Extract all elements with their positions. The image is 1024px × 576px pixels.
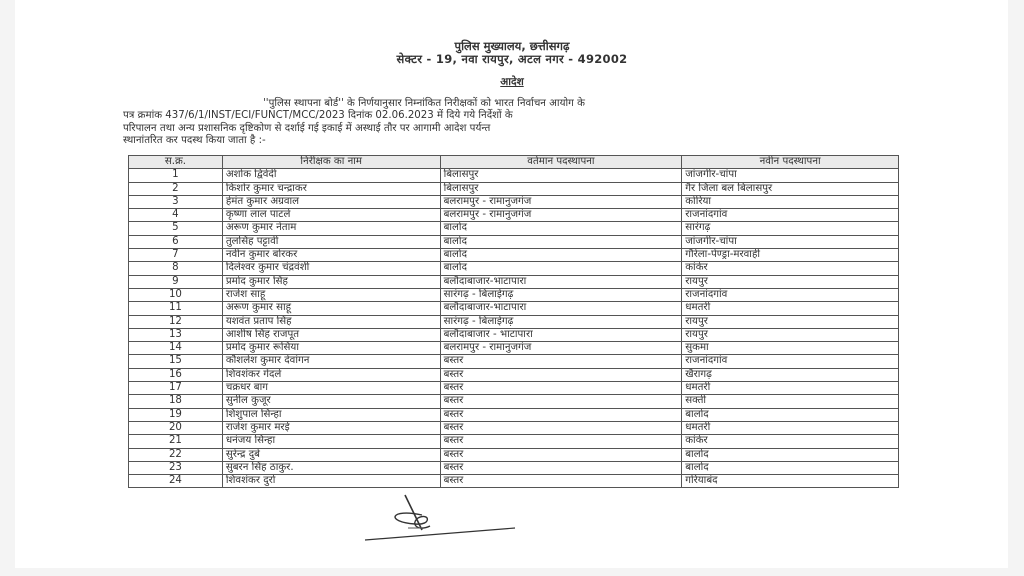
inspector-name-cell: दिलेश्वर कुमार चंद्रवंशी — [222, 262, 440, 275]
current-posting-cell: बस्तर — [440, 355, 682, 368]
new-posting-cell: सक्ती — [682, 395, 899, 408]
new-posting-cell: कांकेर — [682, 262, 899, 275]
current-posting-cell: बस्तर — [440, 408, 682, 421]
new-posting-cell: गरियाबंद — [682, 475, 899, 488]
inspector-name-cell: राजेश कुमार मरई — [222, 421, 440, 434]
table-row: 9प्रमोद कुमार सिंहबलौदाबाजार-भाटापाराराय… — [129, 275, 899, 288]
body-line-3: परिपालन तथा अन्य प्रशासनिक दृष्टिकोण से … — [123, 123, 899, 135]
inspector-name-cell: अरूण कुमार साहू — [222, 302, 440, 315]
table-row: 22सुरेन्द्र दुबेबस्तरबालोद — [129, 448, 899, 461]
new-posting-cell: रायपुर — [682, 315, 899, 328]
signature-icon — [360, 490, 520, 550]
table-row: 1अशोक द्विवेदीबिलासपुरजांजगीर-चांपा — [129, 169, 899, 182]
new-posting-cell: कोरिया — [682, 195, 899, 208]
new-posting-cell: धमतरी — [682, 421, 899, 434]
serial-cell: 23 — [129, 461, 223, 474]
table-row: 20राजेश कुमार मरईबस्तरधमतरी — [129, 421, 899, 434]
current-posting-cell: बस्तर — [440, 421, 682, 434]
new-posting-cell: राजनांदगांव — [682, 288, 899, 301]
serial-cell: 16 — [129, 368, 223, 381]
col-serial: स.क्र. — [129, 156, 223, 169]
table-row: 16शिवशंकर गेंदलेबस्तरखैरागढ़ — [129, 368, 899, 381]
current-posting-cell: बस्तर — [440, 448, 682, 461]
table-row: 12यशवंत प्रताप सिंहसारंगढ़ - बिलाईगढ़राय… — [129, 315, 899, 328]
inspector-name-cell: धनंजय सिन्हा — [222, 435, 440, 448]
table-row: 24शिवशंकर दुर्राबस्तरगरियाबंद — [129, 475, 899, 488]
table-header-row: स.क्र. निरीक्षक का नाम वर्तमान पदस्थापना… — [129, 156, 899, 169]
inspector-name-cell: शिशुपाल सिन्हा — [222, 408, 440, 421]
serial-cell: 11 — [129, 302, 223, 315]
new-posting-cell: जांजगीर-चांपा — [682, 169, 899, 182]
inspector-name-cell: कौशलेश कुमार देवांगन — [222, 355, 440, 368]
table-row: 2किशोर कुमार चन्द्राकरबिलासपुरगैर जिला ब… — [129, 182, 899, 195]
table-row: 3हेमंत कुमार अग्रवालबलरामपुर - रामानुजगं… — [129, 195, 899, 208]
current-posting-cell: बालोद — [440, 222, 682, 235]
table-row: 6तुलसिंह पट्टावीबालोदजांजगीर-चांपा — [129, 235, 899, 248]
serial-cell: 2 — [129, 182, 223, 195]
serial-cell: 5 — [129, 222, 223, 235]
inspector-name-cell: अशोक द्विवेदी — [222, 169, 440, 182]
serial-cell: 20 — [129, 421, 223, 434]
table-row: 14प्रमोद कुमार रूसियाबलरामपुर - रामानुजग… — [129, 342, 899, 355]
table-row: 5अरूण कुमार नेतामबालोदसारंगढ़ — [129, 222, 899, 235]
table-row: 8दिलेश्वर कुमार चंद्रवंशीबालोदकांकेर — [129, 262, 899, 275]
table-row: 17चक्रधर बागबस्तरधमतरी — [129, 382, 899, 395]
order-body: ''पुलिस स्थापना बोर्ड'' के निर्णयानुसार … — [123, 98, 899, 148]
new-posting-cell: राजनांदगांव — [682, 355, 899, 368]
serial-cell: 24 — [129, 475, 223, 488]
serial-cell: 7 — [129, 249, 223, 262]
new-posting-cell: राजनांदगांव — [682, 209, 899, 222]
inspector-name-cell: आशीष सिंह राजपूत — [222, 328, 440, 341]
table-row: 13आशीष सिंह राजपूतबलौदाबाजार - भाटापारार… — [129, 328, 899, 341]
inspector-name-cell: सुनील कुजूर — [222, 395, 440, 408]
new-posting-cell: कांकेर — [682, 435, 899, 448]
current-posting-cell: बलरामपुर - रामानुजगंज — [440, 209, 682, 222]
new-posting-cell: रायपुर — [682, 275, 899, 288]
inspector-name-cell: चक्रधर बाग — [222, 382, 440, 395]
body-line-4: स्थानांतरित कर पदस्थ किया जाता है :- — [123, 135, 899, 147]
serial-cell: 19 — [129, 408, 223, 421]
current-posting-cell: बालोद — [440, 262, 682, 275]
serial-cell: 22 — [129, 448, 223, 461]
inspector-name-cell: सुबरन सिंह ठाकुर. — [222, 461, 440, 474]
table-row: 4कृष्णा लाल पाटलेबलरामपुर - रामानुजगंजरा… — [129, 209, 899, 222]
table-row: 21धनंजय सिन्हाबस्तरकांकेर — [129, 435, 899, 448]
serial-cell: 12 — [129, 315, 223, 328]
serial-cell: 15 — [129, 355, 223, 368]
inspector-name-cell: शिवशंकर गेंदले — [222, 368, 440, 381]
inspector-name-cell: राजेश साहू — [222, 288, 440, 301]
inspector-name-cell: किशोर कुमार चन्द्राकर — [222, 182, 440, 195]
table-row: 18सुनील कुजूरबस्तरसक्ती — [129, 395, 899, 408]
serial-cell: 8 — [129, 262, 223, 275]
current-posting-cell: बस्तर — [440, 395, 682, 408]
current-posting-cell: सारंगढ़ - बिलाईगढ़ — [440, 288, 682, 301]
inspector-name-cell: कृष्णा लाल पाटले — [222, 209, 440, 222]
serial-cell: 18 — [129, 395, 223, 408]
new-posting-cell: धमतरी — [682, 302, 899, 315]
inspector-name-cell: तुलसिंह पट्टावी — [222, 235, 440, 248]
table-row: 10राजेश साहूसारंगढ़ - बिलाईगढ़राजनांदगां… — [129, 288, 899, 301]
current-posting-cell: बलौदाबाजार - भाटापारा — [440, 328, 682, 341]
order-title: आदेश — [0, 75, 1024, 89]
table-row: 15कौशलेश कुमार देवांगनबस्तरराजनांदगांव — [129, 355, 899, 368]
new-posting-cell: गौरेला-पेण्ड्रा-मरवाही — [682, 249, 899, 262]
current-posting-cell: बलौदाबाजार-भाटापारा — [440, 302, 682, 315]
serial-cell: 14 — [129, 342, 223, 355]
new-posting-cell: सुकमा — [682, 342, 899, 355]
new-posting-cell: रायपुर — [682, 328, 899, 341]
current-posting-cell: सारंगढ़ - बिलाईगढ़ — [440, 315, 682, 328]
new-posting-cell: बालोद — [682, 408, 899, 421]
new-posting-cell: बालोद — [682, 461, 899, 474]
current-posting-cell: बालोद — [440, 235, 682, 248]
table-row: 19शिशुपाल सिन्हाबस्तरबालोद — [129, 408, 899, 421]
new-posting-cell: खैरागढ़ — [682, 368, 899, 381]
current-posting-cell: बस्तर — [440, 461, 682, 474]
serial-cell: 1 — [129, 169, 223, 182]
inspector-name-cell: यशवंत प्रताप सिंह — [222, 315, 440, 328]
serial-cell: 6 — [129, 235, 223, 248]
serial-cell: 13 — [129, 328, 223, 341]
current-posting-cell: बस्तर — [440, 475, 682, 488]
inspector-name-cell: नवीन कुमार बोरकर — [222, 249, 440, 262]
body-line-1: ''पुलिस स्थापना बोर्ड'' के निर्णयानुसार … — [123, 98, 899, 110]
table-row: 7नवीन कुमार बोरकरबालोदगौरेला-पेण्ड्रा-मर… — [129, 249, 899, 262]
current-posting-cell: बलरामपुर - रामानुजगंज — [440, 342, 682, 355]
table-row: 11अरूण कुमार साहूबलौदाबाजार-भाटापाराधमतर… — [129, 302, 899, 315]
inspector-name-cell: अरूण कुमार नेताम — [222, 222, 440, 235]
serial-cell: 21 — [129, 435, 223, 448]
serial-cell: 3 — [129, 195, 223, 208]
new-posting-cell: गैर जिला बल बिलासपुर — [682, 182, 899, 195]
current-posting-cell: बस्तर — [440, 382, 682, 395]
new-posting-cell: धमतरी — [682, 382, 899, 395]
serial-cell: 9 — [129, 275, 223, 288]
current-posting-cell: बस्तर — [440, 435, 682, 448]
serial-cell: 4 — [129, 209, 223, 222]
new-posting-cell: जांजगीर-चांपा — [682, 235, 899, 248]
inspector-name-cell: सुरेन्द्र दुबे — [222, 448, 440, 461]
inspector-name-cell: शिवशंकर दुर्रा — [222, 475, 440, 488]
inspector-name-cell: हेमंत कुमार अग्रवाल — [222, 195, 440, 208]
table-row: 23सुबरन सिंह ठाकुर.बस्तरबालोद — [129, 461, 899, 474]
current-posting-cell: बलरामपुर - रामानुजगंज — [440, 195, 682, 208]
current-posting-cell: बालोद — [440, 249, 682, 262]
new-posting-cell: बालोद — [682, 448, 899, 461]
inspector-name-cell: प्रमोद कुमार रूसिया — [222, 342, 440, 355]
transfer-table: स.क्र. निरीक्षक का नाम वर्तमान पदस्थापना… — [128, 155, 899, 488]
col-new-posting: नवीन पदस्थापना — [682, 156, 899, 169]
col-current-posting: वर्तमान पदस्थापना — [440, 156, 682, 169]
new-posting-cell: सारंगढ़ — [682, 222, 899, 235]
inspector-name-cell: प्रमोद कुमार सिंह — [222, 275, 440, 288]
serial-cell: 10 — [129, 288, 223, 301]
current-posting-cell: बिलासपुर — [440, 169, 682, 182]
office-address: सेक्टर - 19, नवा रायपुर, अटल नगर - 49200… — [0, 52, 1024, 67]
col-inspector-name: निरीक्षक का नाम — [222, 156, 440, 169]
current-posting-cell: बस्तर — [440, 368, 682, 381]
current-posting-cell: बलौदाबाजार-भाटापारा — [440, 275, 682, 288]
current-posting-cell: बिलासपुर — [440, 182, 682, 195]
body-line-2: पत्र क्रमांक 437/6/1/INST/ECI/FUNCT/MCC/… — [123, 110, 899, 122]
serial-cell: 17 — [129, 382, 223, 395]
